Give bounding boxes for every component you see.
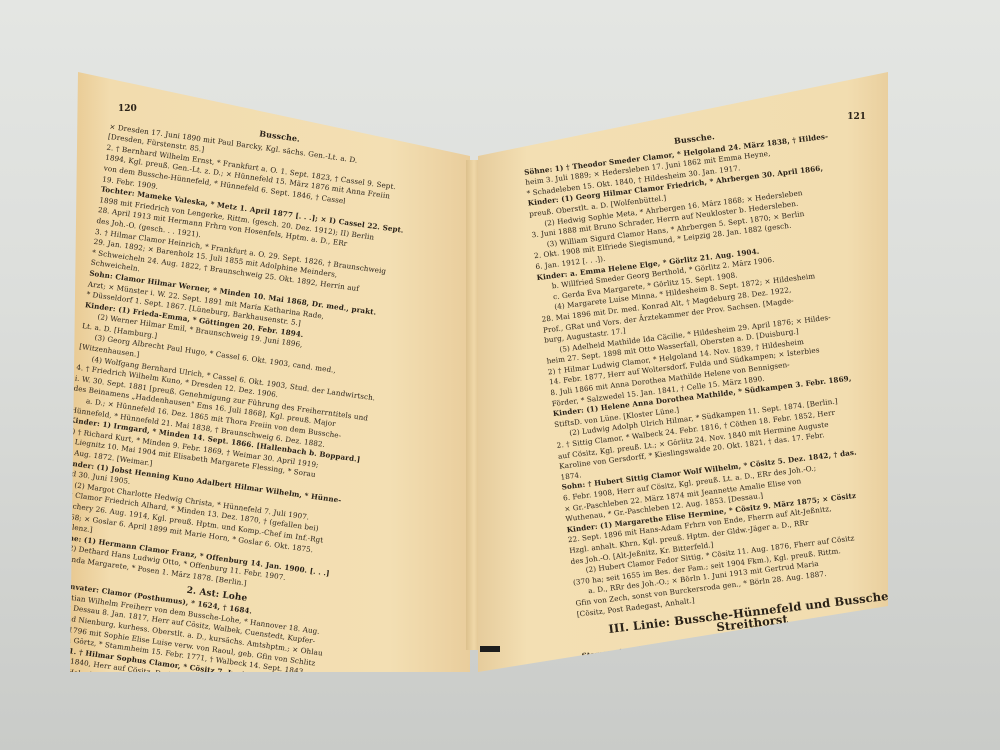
text-line: Lettenbiek (32 ha; seit 1708), Brummersh… (588, 663, 888, 672)
left-page: 120 Bussche. ⨯ Dresden 17. Juni 1890 mit… (70, 72, 470, 672)
book-cover-edge (480, 646, 500, 652)
text-line: stehend aus Streithorst (seit 1656) und … (586, 653, 888, 672)
open-book: 120 Bussche. ⨯ Dresden 17. Juni 1890 mit… (0, 0, 1000, 750)
left-text-lines: ⨯ Dresden 17. Juni 1890 mit Paul Barcky,… (70, 121, 447, 608)
right-page: 121 Bussche. Söhne: 1) † Theodor Smeder … (478, 72, 888, 672)
right-text-lines: Söhne: 1) † Theodor Smeder Clamor, * Hel… (524, 127, 888, 620)
right-page-content: Bussche. Söhne: 1) † Theodor Smeder Clam… (522, 113, 888, 672)
left-page-content: Bussche. ⨯ Dresden 17. Juni 1890 mit Pau… (70, 108, 449, 672)
